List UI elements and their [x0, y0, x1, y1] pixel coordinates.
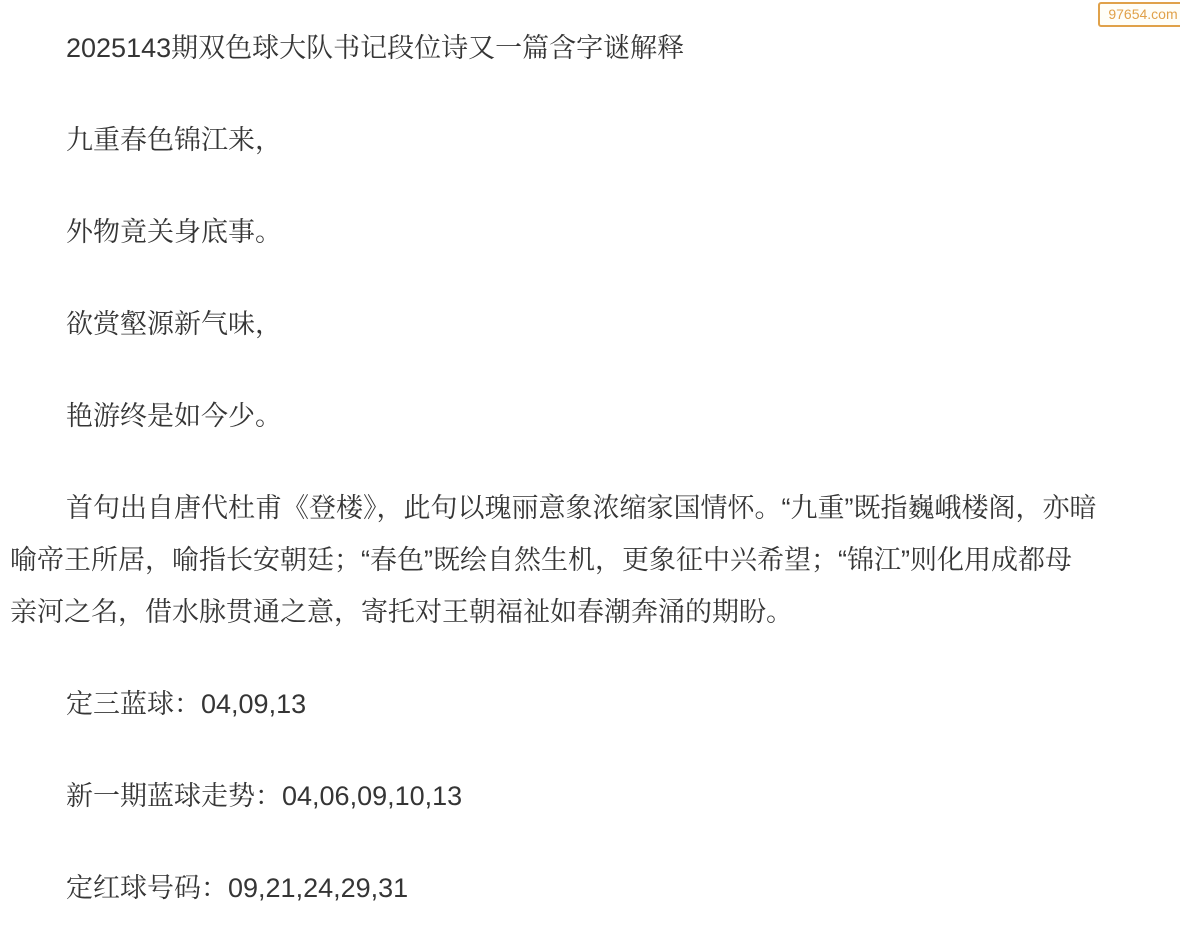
- site-watermark-badge: 97654.com: [1098, 2, 1180, 27]
- article-title: 2025143期双色球大队书记段位诗又一篇含字谜解释: [10, 22, 1170, 74]
- three-blue-balls-prediction: 定三蓝球：04,09,13: [10, 678, 1170, 730]
- poem-analysis-paragraph: 首句出自唐代杜甫《登楼》，此句以瑰丽意象浓缩家国情怀。“九重”既指巍峨楼阁，亦暗…: [10, 482, 1170, 638]
- blue-ball-trend-prediction: 新一期蓝球走势：04,06,09,10,13: [10, 770, 1170, 822]
- poem-line-2: 外物竟关身底事。: [10, 206, 1170, 258]
- analysis-line-1: 首句出自唐代杜甫《登楼》，此句以瑰丽意象浓缩家国情怀。“九重”既指巍峨楼阁，亦暗: [10, 482, 1170, 534]
- analysis-line-3: 亲河之名，借水脉贯通之意，寄托对王朝福祉如春潮奔涌的期盼。: [10, 586, 1170, 638]
- poem-line-3: 欲赏壑源新气味，: [10, 298, 1170, 350]
- poem-line-4: 艳游终是如今少。: [10, 390, 1170, 442]
- poem-line-1: 九重春色锦江来，: [10, 114, 1170, 166]
- red-ball-numbers-prediction: 定红球号码：09,21,24,29,31: [10, 862, 1170, 914]
- article-content: 2025143期双色球大队书记段位诗又一篇含字谜解释 九重春色锦江来， 外物竟关…: [0, 0, 1180, 914]
- analysis-line-2: 喻帝王所居，喻指长安朝廷；“春色”既绘自然生机，更象征中兴希望；“锦江”则化用成…: [10, 534, 1170, 586]
- article-page: 97654.com 2025143期双色球大队书记段位诗又一篇含字谜解释 九重春…: [0, 0, 1180, 934]
